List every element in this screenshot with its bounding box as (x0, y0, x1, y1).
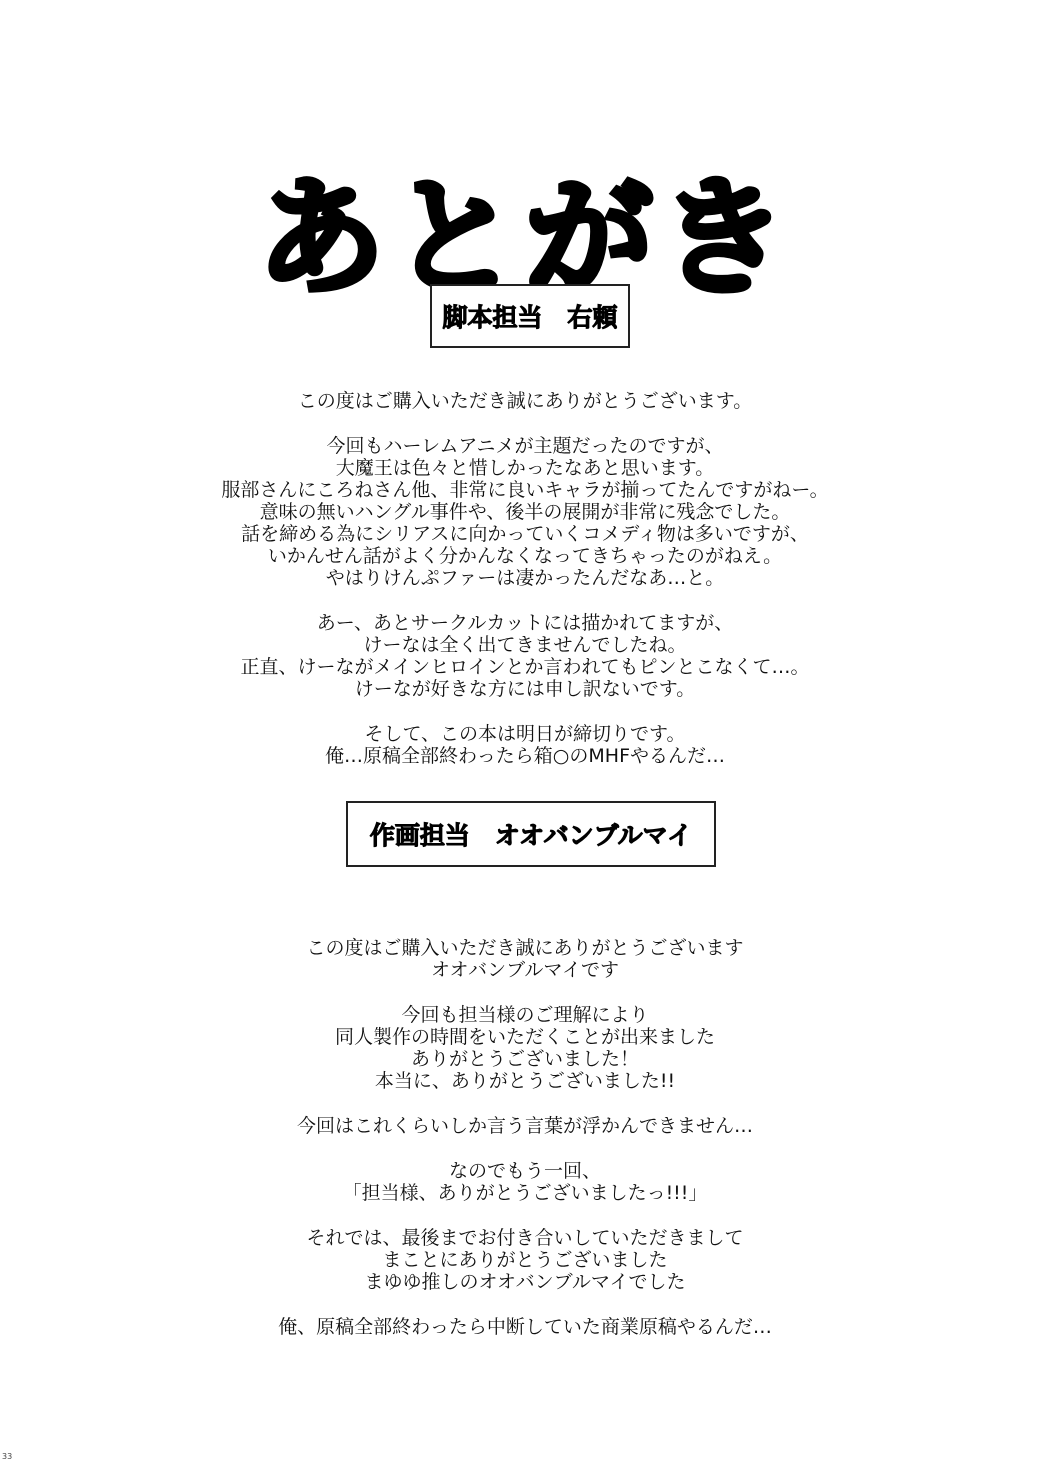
text-line: 今回はこれくらいしか言う言葉が浮かんできません… (0, 1115, 1050, 1137)
text-line: オオバンブルマイです (0, 959, 1050, 981)
text-line: けーなが好きな方には申し訳ないです。 (0, 678, 1050, 700)
text-line: 今回も担当様のご理解により (0, 1004, 1050, 1026)
page-number: 33 (2, 1452, 12, 1461)
paragraph: あー、あとサークルカットには描かれてますが、 けーなは全く出てきませんでしたね。… (0, 612, 1050, 700)
text-line: 大魔王は色々と惜しかったなあと思います。 (0, 457, 1050, 479)
text-line: それでは、最後までお付き合いしていただきまして (0, 1227, 1050, 1249)
text-line: 俺、原稿全部終わったら中断していた商業原稿やるんだ… (0, 1316, 1050, 1338)
section-body-art: この度はご購入いただき誠にありがとうございます オオバンブルマイです 今回も担当… (0, 937, 1050, 1361)
text-line: いかんせん話がよく分かんなくなってきちゃったのがねえ。 (0, 545, 1050, 567)
text-line: なのでもう一回、 (0, 1160, 1050, 1182)
paragraph: 今回はこれくらいしか言う言葉が浮かんできません… (0, 1115, 1050, 1137)
text-line: 意味の無いハングル事件や、後半の展開が非常に残念でした。 (0, 501, 1050, 523)
text-line: 今回もハーレムアニメが主題だったのですが、 (0, 435, 1050, 457)
text-line: この度はご購入いただき誠にありがとうございます。 (0, 390, 1050, 412)
section-body-script: この度はご購入いただき誠にありがとうございます。 今回もハーレムアニメが主題だっ… (0, 390, 1050, 790)
text-line: 服部さんにころねさん他、非常に良いキャラが揃ってたんですがねー。 (0, 479, 1050, 501)
paragraph: この度はご購入いただき誠にありがとうございます オオバンブルマイです (0, 937, 1050, 981)
paragraph: 今回も担当様のご理解により 同人製作の時間をいただくことが出来ました ありがとう… (0, 1004, 1050, 1092)
section-heading-script: 脚本担当 右頼 (430, 284, 630, 348)
paragraph: なのでもう一回、 「担当様、ありがとうございましたっ!!!」 (0, 1160, 1050, 1204)
text-line: この度はご購入いただき誠にありがとうございます (0, 937, 1050, 959)
text-line: まゆゆ推しのオオバンブルマイでした (0, 1271, 1050, 1293)
paragraph: この度はご購入いただき誠にありがとうございます。 (0, 390, 1050, 412)
text-line: 俺…原稿全部終わったら箱○のMHFやるんだ… (0, 745, 1050, 767)
paragraph: 今回もハーレムアニメが主題だったのですが、 大魔王は色々と惜しかったなあと思いま… (0, 435, 1050, 589)
text-line: 同人製作の時間をいただくことが出来ました (0, 1026, 1050, 1048)
text-line: やはりけんぷファーは凄かったんだなあ…と。 (0, 567, 1050, 589)
text-line: 「担当様、ありがとうございましたっ!!!」 (0, 1182, 1050, 1204)
text-line: あー、あとサークルカットには描かれてますが、 (0, 612, 1050, 634)
text-line: 本当に、ありがとうございました!! (0, 1070, 1050, 1092)
section-heading-art: 作画担当 オオバンブルマイ (346, 801, 716, 867)
text-line: 正直、けーながメインヒロインとか言われてもピンとこなくて…。 (0, 656, 1050, 678)
paragraph: 俺、原稿全部終わったら中断していた商業原稿やるんだ… (0, 1316, 1050, 1338)
text-line: まことにありがとうございました (0, 1249, 1050, 1271)
text-line: そして、この本は明日が締切りです。 (0, 723, 1050, 745)
text-line: ありがとうございました！ (0, 1048, 1050, 1070)
paragraph: そして、この本は明日が締切りです。 俺…原稿全部終わったら箱○のMHFやるんだ… (0, 723, 1050, 767)
text-line: けーなは全く出てきませんでしたね。 (0, 634, 1050, 656)
paragraph: それでは、最後までお付き合いしていただきまして まことにありがとうございました … (0, 1227, 1050, 1293)
text-line: 話を締める為にシリアスに向かっていくコメディ物は多いですが、 (0, 523, 1050, 545)
